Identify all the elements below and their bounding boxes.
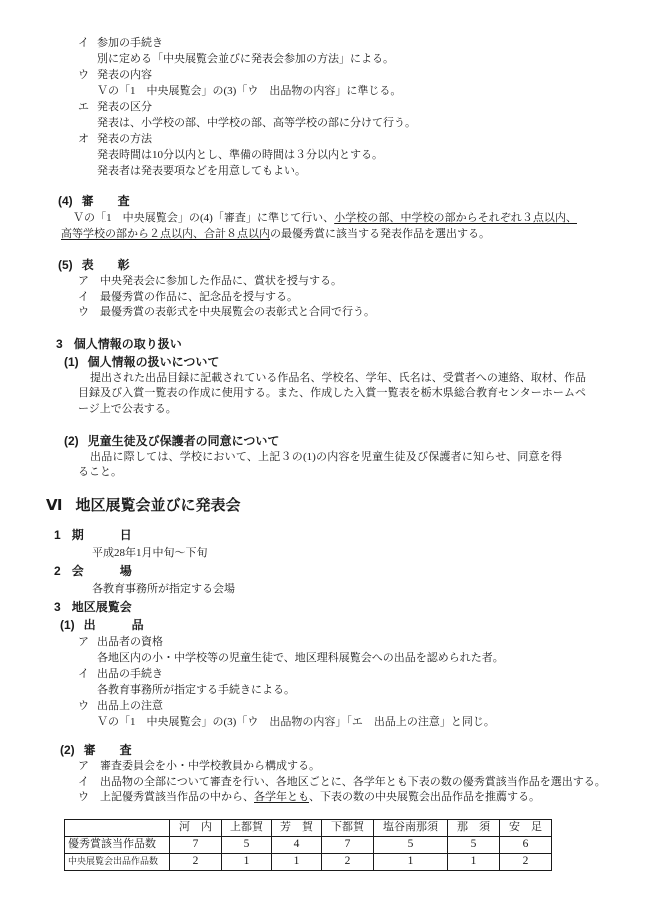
venue-value: 各教育事務所が指定する会場 [92,580,646,598]
item-body: 発表者は発表要項などを用意してもよい。 [97,163,646,179]
item-body: 各地区内の小・中学校等の児童生徒で、地区理科展覧会への出品を認められた者。 [97,650,646,666]
table-header-cell: 河 内 [170,819,222,836]
heading-privacy-1: (1)個人情報の扱いについて [64,353,646,371]
item-title: 出品者の資格 [97,636,163,648]
list-item: イ出品の手続き [78,666,646,682]
list-item: イ 最優秀賞の作品に、記念品を授与する。 [78,290,646,306]
heading-number: 1 [54,528,61,542]
heading-number: 3 [56,337,63,351]
list-item: エ発表の区分 [78,99,646,115]
heading-title: 児童生徒及び保護者の同意について [88,434,280,448]
row-label: 優秀賞該当作品数 [65,836,170,853]
table-header-cell: 下都賀 [322,819,374,836]
heading-number: (4) [58,194,73,208]
item-body: 各教育事務所が指定する手続きによる。 [97,682,646,698]
heading-title: 会 場 [72,564,132,578]
heading-date: 1期 日 [54,526,646,544]
privacy-2-paragraph: 出品に際しては、学校において、上記３の(1)の内容を児童生徒及び保護者に知らせ、… [78,450,562,481]
table-header-row: 河 内 上都賀 芳 賀 下都賀 塩谷南那須 那 須 安 足 [65,819,552,836]
table-cell: 7 [322,836,374,853]
underlined-text: 各学年とも [254,791,309,803]
item-label: ア [78,634,97,650]
item-label: オ [78,131,97,147]
list-item: イ 出品物の全部について審査を行い、各地区ごとに、各学年とも下表の数の優秀賞該当… [78,775,646,791]
table-cell: 5 [222,836,272,853]
heading-title: 個人情報の扱いについて [88,355,220,369]
list-item: ウ出品上の注意 [78,698,646,714]
heading-number: (5) [58,258,73,272]
table-row: 中央展覧会出品作品数 2 1 1 2 1 1 2 [65,853,552,870]
item-title: 参加の手続き [97,37,163,49]
table-header-cell: 那 須 [448,819,500,836]
heading-title: 地区展覧会並びに発表会 [76,497,241,514]
table-header-cell [65,819,170,836]
item-label: イ [78,666,97,682]
list-item: ア 中央発表会に参加した作品に、賞状を授与する。 [78,274,646,290]
item-body: 発表は、小学校の部、中学校の部、高等学校の部に分けて行う。 [97,115,646,131]
heading-privacy-2: (2)児童生徒及び保護者の同意について [64,432,646,450]
heading-number: 3 [54,600,61,614]
item-text: ウ 上記優秀賞該当作品の中から、 [78,791,254,803]
table-cell: 5 [448,836,500,853]
heading-title: 期 日 [72,528,132,542]
table-row: 優秀賞該当作品数 7 5 4 7 5 5 6 [65,836,552,853]
table-cell: 2 [170,853,222,870]
list-item: ア 審査委員会を小・中学校教員から構成する。 [78,759,646,775]
item-body: Ｖの「1 中央展覧会」の(3)「ウ 出品物の内容」「エ 出品上の注意」と同じ。 [97,714,646,730]
heading-venue: 2会 場 [54,562,646,580]
table-header-cell: 上都賀 [222,819,272,836]
table-header-cell: 芳 賀 [272,819,322,836]
heading-number: 2 [54,564,61,578]
item-label: ウ [78,698,97,714]
heading-district-judging: (2)審 査 [60,741,646,759]
table-cell: 6 [500,836,552,853]
item-title: 発表の方法 [97,133,152,145]
item-label: エ [78,99,97,115]
item-body: 別に定める「中央展覧会並びに発表会参加の方法」による。 [97,51,646,67]
paragraph-text: の最優秀賞に該当する発表作品を選出する。 [270,228,490,240]
table-header-cell: 安 足 [500,819,552,836]
heading-district-exhibition: 3地区展覧会 [54,598,646,616]
heading-title: 地区展覧会 [72,600,132,614]
heading-privacy: 3個人情報の取り扱い [56,335,646,353]
list-item: ウ 最優秀賞の表彰式を中央展覧会の表彰式と合同で行う。 [78,305,646,321]
table-cell: 4 [272,836,322,853]
heading-hyosho-5: (5)表 彰 [58,257,646,274]
table-cell: 1 [374,853,448,870]
item-title: 出品の手続き [97,668,163,680]
item-title: 発表の内容 [97,69,152,81]
item-label: ウ [78,67,97,83]
item-body: 発表時間は10分以内とし、準備の時間は３分以内とする。 [97,147,646,163]
district-quota-table: 河 内 上都賀 芳 賀 下都賀 塩谷南那須 那 須 安 足 優秀賞該当作品数 7… [64,819,552,871]
heading-shinsa-4: (4)審 査 [58,193,646,210]
list-item: ウ発表の内容 [78,67,646,83]
privacy-1-paragraph: 提出された出品目録に記載されている作品名、学校名、学年、氏名は、受賞者への連絡、… [78,371,586,418]
item-title: 出品上の注意 [97,700,163,712]
item-text: 、下表の数の中央展覧会出品作品を推薦する。 [309,791,540,803]
list-item: ア出品者の資格 [78,634,646,650]
table-cell: 1 [272,853,322,870]
table-cell: 2 [322,853,374,870]
item-title: 発表の区分 [97,101,152,113]
heading-section-6: Ⅵ地区展覧会並びに発表会 [46,495,646,516]
list-item: イ参加の手続き [78,35,646,51]
table-cell: 2 [500,853,552,870]
row-label: 中央展覧会出品作品数 [65,853,170,870]
sectionV-item-list: イ参加の手続き 別に定める「中央展覧会並びに発表会参加の方法」による。 ウ発表の… [0,35,646,179]
heading-number: (2) [64,434,79,448]
heading-number: (2) [60,743,75,757]
table-cell: 1 [222,853,272,870]
date-value: 平成28年1月中旬～下旬 [92,544,646,562]
heading-title: 出 品 [84,618,144,632]
list-item: ウ 上記優秀賞該当作品の中から、各学年とも、下表の数の中央展覧会出品作品を推薦す… [78,790,646,806]
paragraph-text: Ｖの「1 中央展覧会」の(4)「審査」に準じて行い、 [73,212,334,224]
heading-number: Ⅵ [46,497,63,514]
heading-number: (1) [64,355,79,369]
table-cell: 5 [374,836,448,853]
item-body: Ｖの「1 中央展覧会」の(3)「ウ 出品物の内容」に準じる。 [97,83,646,99]
heading-title: 審 査 [82,194,130,208]
heading-title: 表 彰 [82,258,130,272]
document-page: イ参加の手続き 別に定める「中央展覧会並びに発表会参加の方法」による。 ウ発表の… [0,0,646,914]
heading-number: (1) [60,618,75,632]
heading-entry: (1)出 品 [60,616,646,634]
heading-title: 審 査 [84,743,132,757]
item-label: イ [78,35,97,51]
heading-title: 個人情報の取り扱い [74,337,182,351]
list-item: オ発表の方法 [78,131,646,147]
shinsa-4-paragraph: Ｖの「1 中央展覧会」の(4)「審査」に準じて行い、小学校の部、中学校の部からそ… [61,210,577,242]
table-cell: 1 [448,853,500,870]
table-cell: 7 [170,836,222,853]
table-header-cell: 塩谷南那須 [374,819,448,836]
